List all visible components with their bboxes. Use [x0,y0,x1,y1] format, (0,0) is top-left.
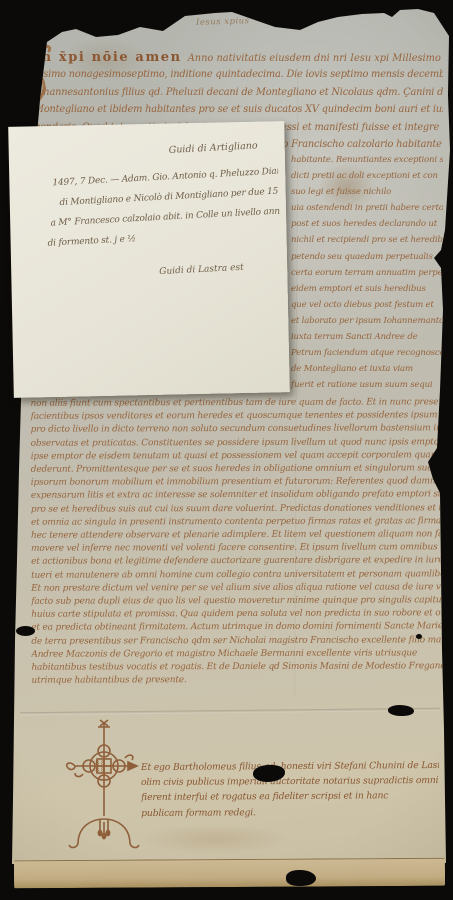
text-line: Petrum faciendum atque recognoscere [291,345,443,361]
invocation-words: In x̄pi nōie amen [34,50,182,65]
note-body: 1497, 7 Dec. — Adam. Gio. Antonio q. Phe… [42,162,282,254]
text-line: pro se et heredibus suis aut cui ius suu… [31,502,443,517]
text-line: tueri et manutenere ab omni homine cum c… [31,568,443,583]
text-line: utrimque habitantibus de presente. [31,674,443,689]
text-line: habitantibus testibus vocatis et rogatis… [31,660,443,675]
text-line: de Montegliano et iuxta viam [291,361,443,377]
text-line: iuxta terram Sancti Andree de [291,329,443,345]
text-line: observatas et praticatas. Constituentes … [31,436,443,451]
text-line: pro dicto livello in dicto terreno non s… [31,423,443,438]
parchment-hole [416,634,422,639]
top-invocation: Iesus xpius [196,16,250,28]
text-line: et ea predicta obtineant firmitatem. Act… [31,621,443,636]
photo-stage: Iesus xpius In x̄pi nōie amenAnno nativi… [0,0,453,900]
text-line: Montegliano et ibidem habitantes pro se … [34,101,443,119]
notarial-signum-icon: 8 8 8 8 [62,716,146,850]
opening-line: In x̄pi nōie amenAnno nativitatis eiusde… [34,46,444,65]
svg-text:8 8: 8 8 [95,760,105,767]
text-line: uia ostendendi in pretii habere certo [291,200,443,216]
parchment-hole [286,870,316,886]
parchment-hole [16,626,35,636]
text-line: tesimo nonagesimoseptimo, inditione quin… [34,66,443,84]
text-line: expensarum litis et extra ac interesse s… [31,489,443,504]
text-line: et actionibus bona et legitime defendere… [31,555,443,570]
horizontal-crease [20,708,440,715]
text-line: Iohannesantonius filius qd. Pheluzii dec… [34,84,443,102]
text-line: fuerit et ratione usum suum sequi [291,377,443,393]
text-line: habitante. Renuntiantes exceptioni sibi [291,152,443,168]
svg-text:8 8: 8 8 [95,767,105,774]
text-line: dicti pretii ac doli exceptioni et con [291,168,443,184]
note-heading: Guidi di Artigliano [168,140,257,156]
parchment-bottom-fold [14,858,445,889]
text-line: olim civis publicus imperiali auctoritat… [141,773,439,790]
ink-stain [140,824,290,854]
main-text-right-column: habitante. Renuntiantes exceptioni sibid… [291,152,443,393]
text-line: eidem emptori et suis heredibus [291,281,443,297]
text-line: que vel octo diebus post festum et [291,297,443,313]
main-text-lower-block: non aliis fiunt cum spectantibus et pert… [30,396,443,688]
text-line: de terra presentibus ser Francischo qdm … [31,634,443,649]
text-line: et laborato per ipsum Iohannemantonium [291,313,443,329]
text-line: nichil et recipiendi pro se et heredibus [291,232,443,248]
text-line: certa eorum terram annuatim perpetuo [291,265,443,281]
text-line: petendo seu quaedam perpetualis [291,249,443,265]
note-footer: Guidi di Lastra est [159,263,244,277]
opening-rest: Anno nativitatis eiusdem dni nri Iesu xp… [188,53,444,64]
archivist-note: Guidi di Artigliano 1497, 7 Dec. — Adam.… [8,121,290,398]
notary-subscription: Et ego Bartholomeus filius qd. honesti v… [141,758,439,821]
text-line: publicam formam redegi. [141,804,439,821]
text-line: suo legi et fuisse nichilo [291,184,443,200]
parchment-hole [388,705,414,716]
text-line: post et suos heredes declarando ut [291,216,443,232]
